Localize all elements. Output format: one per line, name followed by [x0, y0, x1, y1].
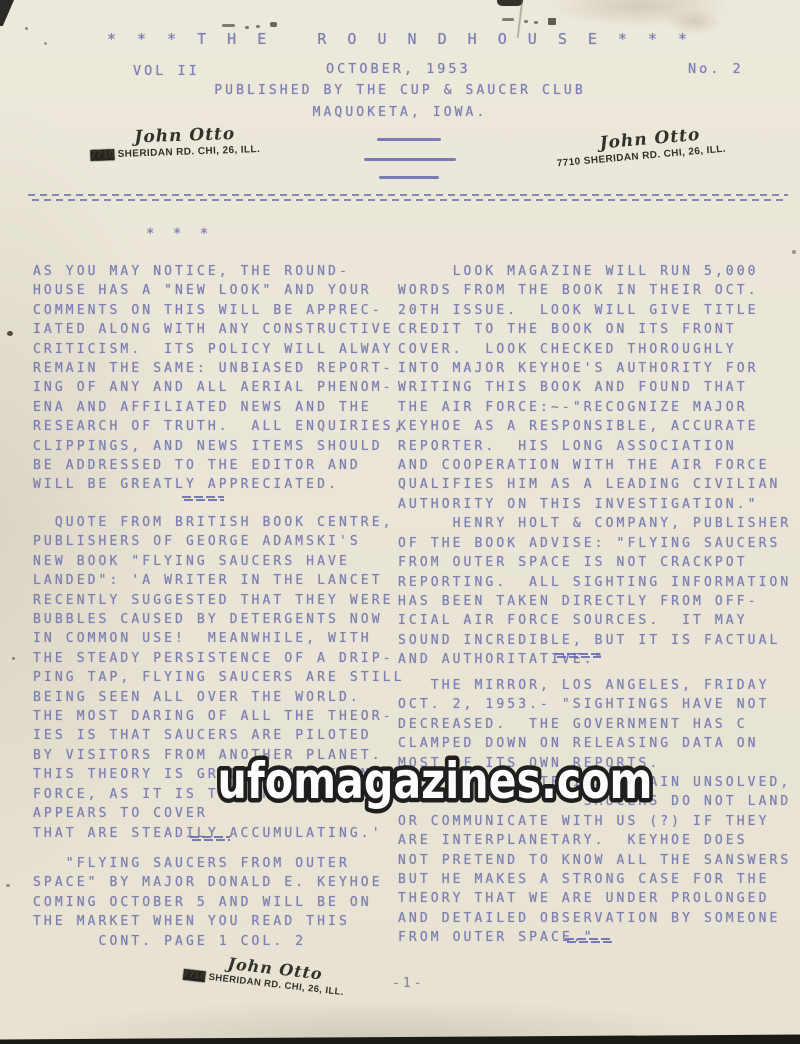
watermark-text: ufomagazines.com [218, 752, 653, 810]
pencil-mark [524, 20, 528, 23]
issue-date: OCTOBER, 1953 [326, 61, 471, 77]
owner-stamp-footer: John Otto 7710 SHERIDAN RD. CHI, 26, ILL… [161, 946, 368, 1000]
hand-rule [379, 176, 439, 179]
paper-speck [6, 884, 10, 887]
newsletter-title: * * * T H E R O U N D H O U S E * * * [0, 30, 800, 48]
site-watermark: ufomagazines.com [200, 750, 670, 830]
pencil-mark [245, 26, 249, 29]
pencil-mark [256, 25, 260, 28]
dashed-divider [28, 194, 788, 201]
pencil-mark [270, 22, 277, 27]
column-divider [182, 496, 224, 501]
page-number: -1- [392, 976, 424, 991]
paper-speck [7, 331, 13, 336]
publisher-line: PUBLISHED BY THE CUP & SAUCER CLUB [0, 83, 800, 98]
paper-speck [792, 250, 796, 254]
volume-label: VOL II [133, 63, 200, 79]
pencil-mark [222, 24, 235, 27]
column-divider [190, 836, 230, 841]
left-column-paragraph-1: AS YOU MAY NOTICE, THE ROUND- HOUSE HAS … [33, 262, 405, 495]
column-divider [555, 653, 601, 658]
owner-stamp-left: John Otto 7710 SHERIDAN RD. CHI, 26, ILL… [70, 122, 281, 161]
right-column-paragraph-1: LOOK MAGAZINE WILL RUN 5,000 WORDS FROM … [398, 262, 791, 670]
stamp-street-number-struck: 7710 [182, 969, 206, 983]
column-divider [565, 938, 613, 943]
issue-number: No. 2 [688, 61, 744, 77]
scan-bottom-edge [0, 1035, 800, 1044]
scanned-newsletter-page: * * * T H E R O U N D H O U S E * * * VO… [0, 0, 800, 1044]
pencil-mark [502, 18, 514, 21]
section-marker: * * * [146, 226, 213, 242]
hand-rule [364, 158, 456, 161]
paper-speck [12, 657, 15, 660]
scan-edge-mark [497, 0, 523, 6]
publisher-location: MAQUOKETA, IOWA. [0, 105, 800, 120]
pencil-mark [534, 21, 538, 24]
pencil-mark [548, 18, 556, 25]
scan-corner-mark [0, 0, 14, 26]
owner-stamp-right: John Otto 7710 SHERIDAN RD. CHI, 26, ILL… [547, 122, 734, 170]
left-column-paragraph-3: "FLYING SAUCERS FROM OUTER SPACE" BY MAJ… [33, 854, 383, 951]
hand-rule [377, 138, 441, 141]
stamp-street-number: 7710 [556, 156, 581, 169]
stamp-street-number-struck: 7710 [90, 149, 114, 161]
